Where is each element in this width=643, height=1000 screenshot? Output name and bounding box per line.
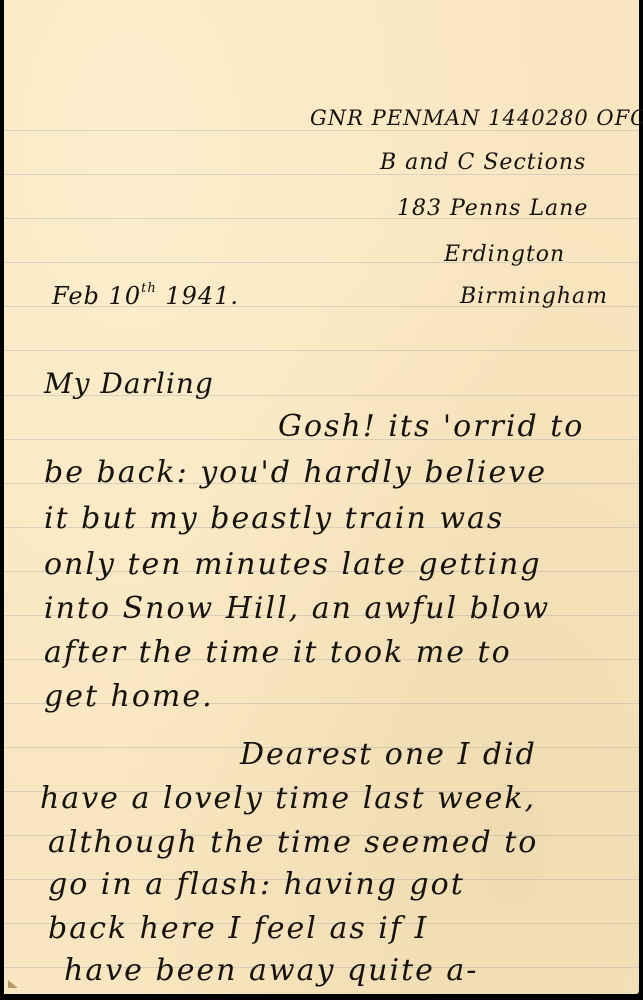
date-day: 10 [109, 282, 142, 310]
sender-line: GNR PENMAN 1440280 OFC [310, 108, 643, 129]
date-month: Feb [52, 282, 100, 310]
paper-corner-fold [8, 980, 18, 988]
body-line: back here I feel as if I [48, 914, 428, 944]
body-line: Gosh! its 'orrid to [278, 412, 584, 442]
body-line: go in a flash: having got [48, 870, 465, 900]
body-line: have a lovely time last week, [40, 784, 536, 814]
body-line: have been away quite a- [64, 956, 478, 986]
body-line: although the time seemed to [48, 828, 538, 858]
letter-date: Feb 10th 1941. [52, 282, 239, 308]
address-line: Erdington [444, 244, 565, 266]
ruled-line [4, 130, 639, 131]
address-line: B and C Sections [380, 152, 586, 174]
body-line: be back: you'd hardly believe [44, 458, 547, 488]
body-line: get home. [44, 682, 214, 712]
address-line: 183 Penns Lane [397, 198, 588, 220]
body-line: only ten minutes late getting [44, 550, 542, 580]
ruled-line [4, 350, 639, 351]
body-line: it but my beastly train was [44, 504, 504, 534]
salutation: My Darling [44, 370, 214, 398]
body-line: Dearest one I did [240, 740, 537, 770]
body-line: into Snow Hill, an awful blow [44, 594, 550, 624]
date-year: 1941. [165, 282, 239, 310]
date-suffix: th [141, 281, 157, 296]
body-line: after the time it took me to [44, 638, 512, 668]
letter-page: GNR PENMAN 1440280 OFC B and C Sections … [4, 0, 639, 994]
address-line: Birmingham [460, 286, 608, 308]
